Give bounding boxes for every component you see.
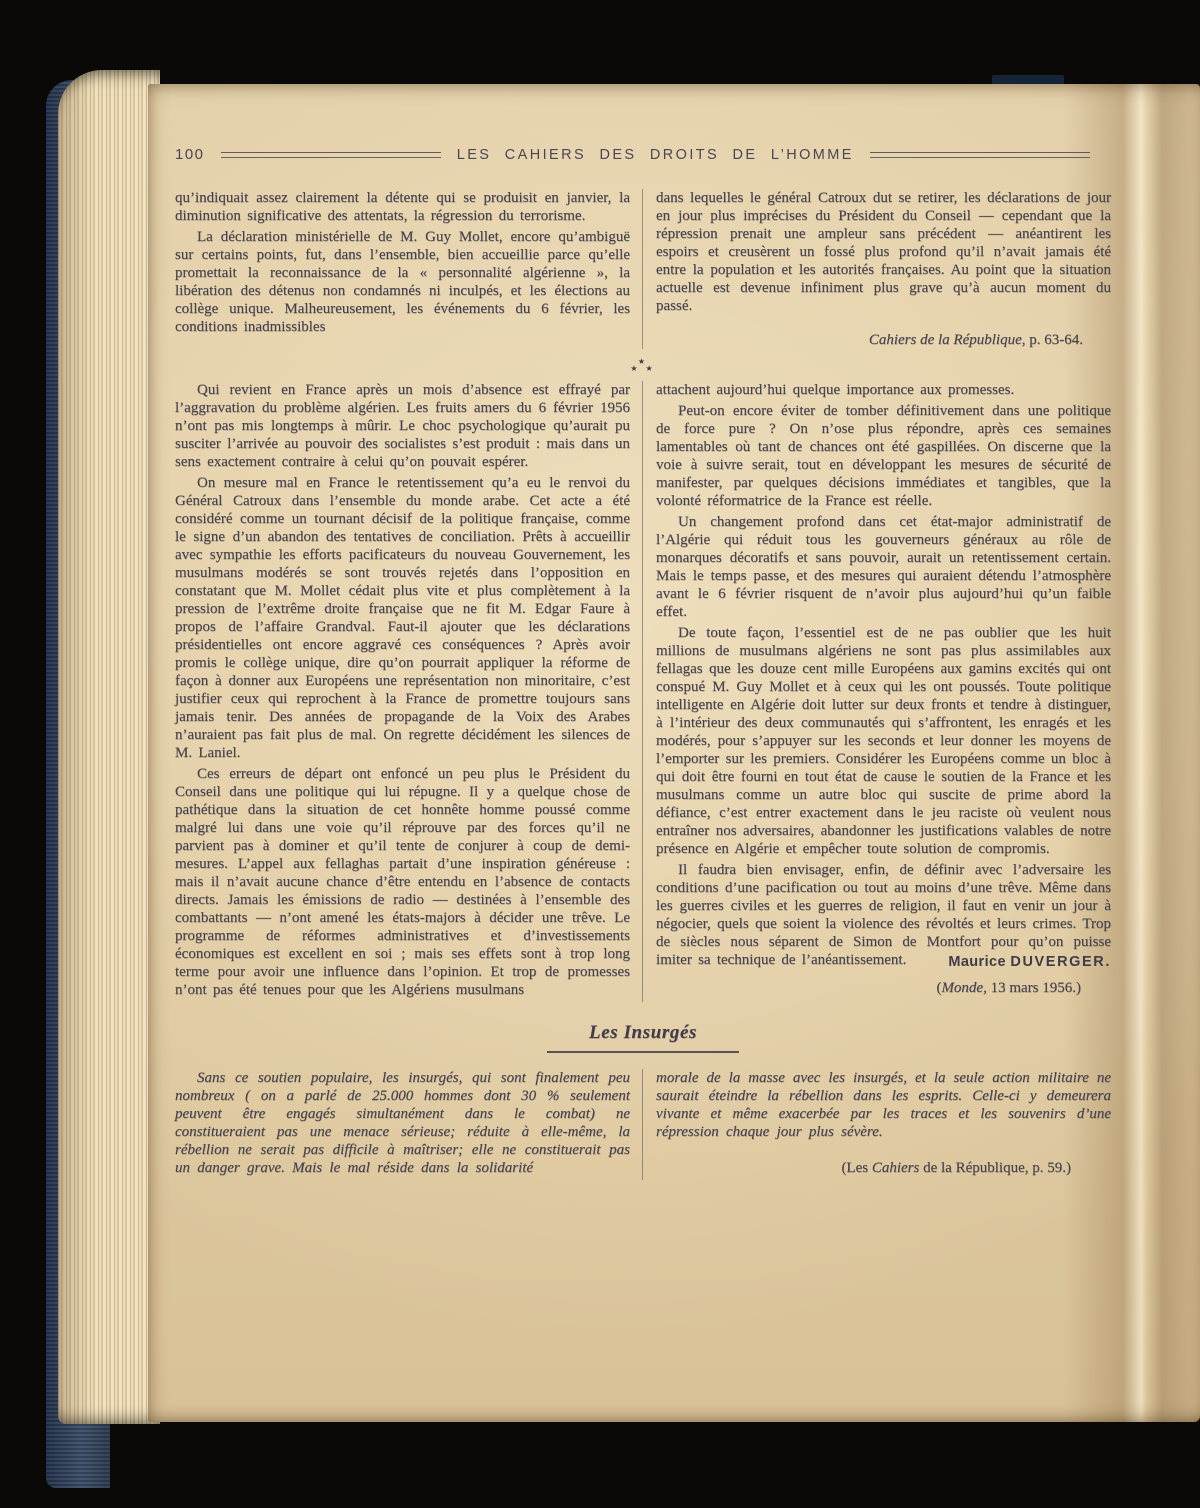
paragraph: De toute façon, l’essentiel est de ne pa… [656,624,1111,858]
column-left: Qui revient en France après un mois d’ab… [175,381,630,1002]
asterism-separator-icon: ★ ★ ★ [175,358,1111,373]
paragraph: Sans ce soutien populaire, les insurgés,… [175,1069,630,1177]
author-last-name: DUVERGER. [1010,954,1111,970]
section-insurges: Sans ce soutien populaire, les insurgés,… [175,1069,1111,1180]
header-rule-right [870,152,1090,158]
page-stack-edges [58,70,160,1424]
section-heading-wrap: Les Insurgés [175,1022,1111,1053]
citation-source: Cahiers de la République, [869,332,1026,348]
page-header: 100 LES CAHIERS DES DROITS DE L’HOMME [175,146,1106,163]
paragraph: dans lequelles le général Catroux dut se… [656,189,1111,315]
column-left: qu’indiquait assez clairement la détente… [175,189,630,349]
paragraph: Ces erreurs de départ ont enfoncé un peu… [175,765,630,999]
paragraph: Un changement profond dans cet état-majo… [656,513,1111,621]
citation: Cahiers de la République, p. 63-64. [656,331,1111,349]
paragraph: Peut-on encore éviter de tomber définiti… [656,402,1111,510]
column-divider [630,189,656,349]
paragraph: On mesure mal en France le retentissemen… [175,474,630,762]
source-line: (Monde, 13 mars 1956.) [656,980,1111,997]
column-right: attachent aujourd’hui quelque importance… [656,381,1111,1002]
paragraph: La déclaration ministérielle de M. Guy M… [175,228,630,336]
page-number: 100 [175,146,205,163]
page: 100 LES CAHIERS DES DROITS DE L’HOMME qu… [148,84,1200,1422]
section-continuation: qu’indiquait assez clairement la détente… [175,189,1111,349]
paragraph: Il faudra bien envisager, enfin, de défi… [656,861,1111,969]
journal-title: LES CAHIERS DES DROITS DE L’HOMME [457,147,854,163]
section-heading: Les Insurgés [547,1022,739,1053]
paragraph: attachent aujourd’hui quelque importance… [656,381,1111,399]
section-article: Qui revient en France après un mois d’ab… [175,381,1111,1002]
column-right: morale de la masse avec les insurgés, et… [656,1069,1111,1180]
citation: (Les Cahiers de la République, p. 59.) [656,1159,1111,1177]
citation-pages: de la République, p. 59.) [919,1160,1071,1176]
header-rule-left [221,152,441,158]
paragraph: morale de la masse avec les insurgés, et… [656,1069,1111,1141]
citation-source: Cahiers [872,1160,920,1176]
paragraph: qu’indiquait assez clairement la détente… [175,189,630,225]
asterism-stars-bottom: ★ ★ [175,365,1111,373]
source-publication: Monde, [941,980,986,996]
author-first-name: Maurice [948,954,1010,970]
page-content: qu’indiquait assez clairement la détente… [175,189,1111,1180]
column-right: dans lequelles le général Catroux dut se… [656,189,1111,349]
column-divider [630,381,656,1002]
column-left: Sans ce soutien populaire, les insurgés,… [175,1069,630,1180]
column-divider [630,1069,656,1180]
paragraph: Qui revient en France après un mois d’ab… [175,381,630,471]
citation-pages: p. 63-64. [1026,332,1084,348]
